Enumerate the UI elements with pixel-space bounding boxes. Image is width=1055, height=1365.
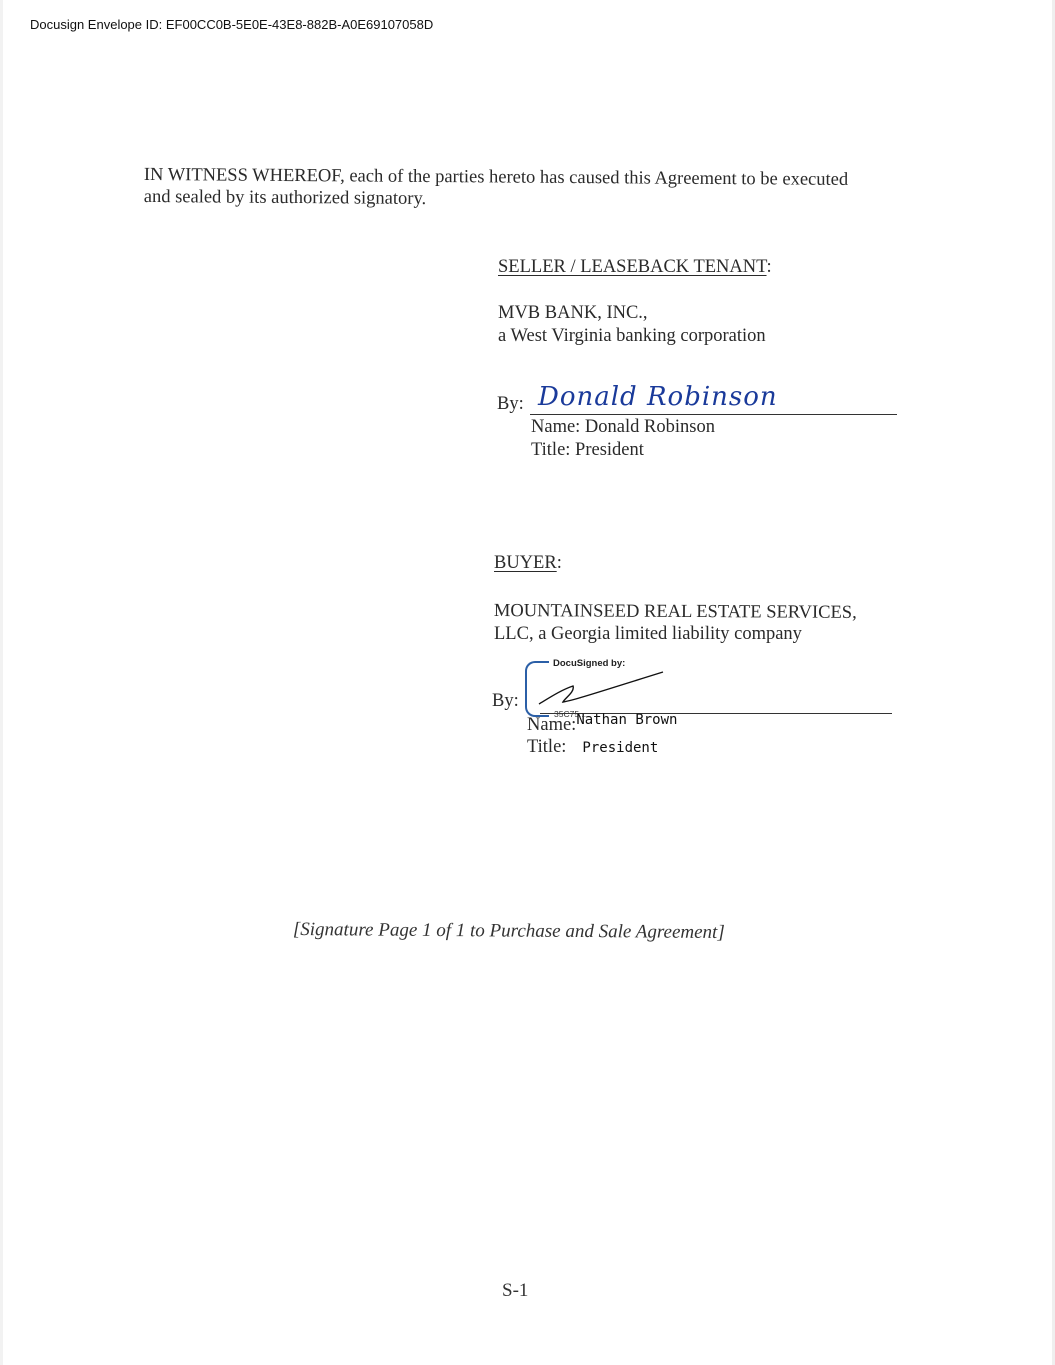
- buyer-title-value: President: [582, 740, 658, 756]
- seller-signature: Donald Robinson: [538, 382, 778, 412]
- seller-by-label: By:: [497, 393, 524, 415]
- buyer-heading: BUYER:: [494, 552, 562, 574]
- buyer-entity: MOUNTAINSEED REAL ESTATE SERVICES,: [494, 600, 857, 624]
- seller-entity: MVB BANK, INC.,: [498, 302, 648, 324]
- seller-name: Name: Donald Robinson: [531, 416, 715, 438]
- buyer-name: Name:Nathan Brown: [527, 714, 677, 737]
- seller-heading: SELLER / LEASEBACK TENANT:: [498, 256, 772, 278]
- seller-signature-line: [530, 414, 897, 415]
- seller-entity-desc: a West Virginia banking corporation: [498, 325, 766, 347]
- envelope-id: Docusign Envelope ID: EF00CC0B-5E0E-43E8…: [30, 17, 433, 32]
- buyer-signature: [535, 668, 670, 713]
- buyer-name-value: Nathan Brown: [576, 712, 677, 728]
- buyer-title: Title:President: [527, 736, 658, 759]
- page-edge-left: [0, 0, 3, 1365]
- witness-clause: IN WITNESS WHEREOF, each of the parties …: [144, 164, 904, 213]
- seller-title: Title: President: [531, 439, 644, 461]
- signature-page-caption: [Signature Page 1 of 1 to Purchase and S…: [293, 919, 725, 944]
- buyer-by-label: By:: [492, 690, 519, 712]
- page-number: S-1: [502, 1280, 528, 1302]
- buyer-entity-desc: LLC, a Georgia limited liability company: [494, 623, 802, 645]
